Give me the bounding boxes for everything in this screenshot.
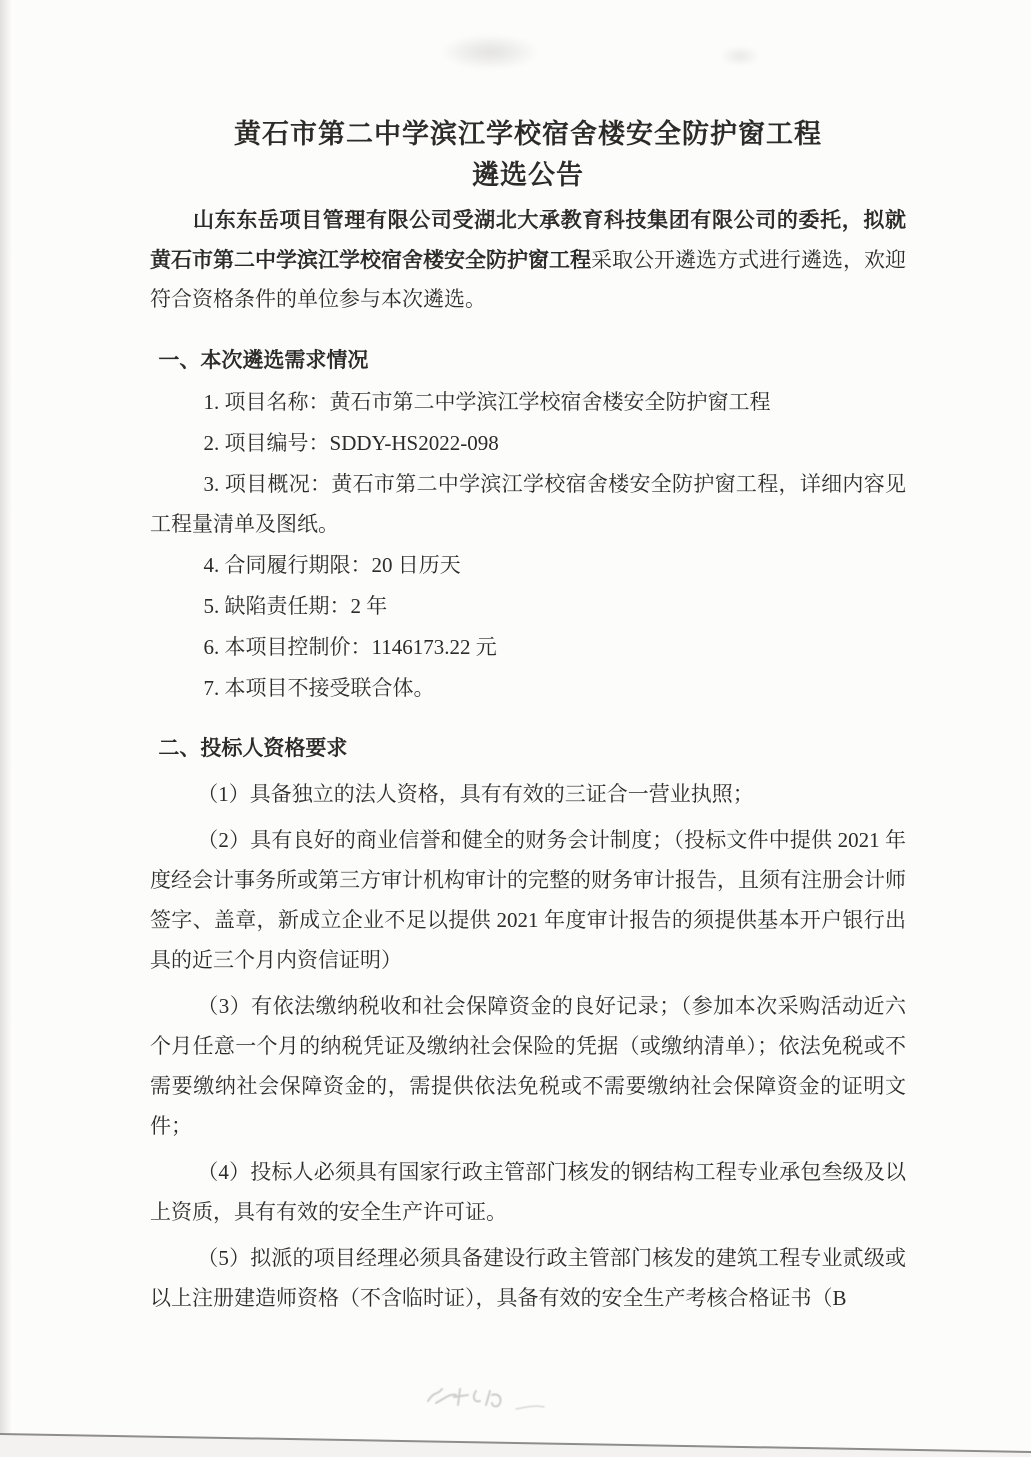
section-1-item-contract-period: 4. 合同履行期限：20 日历天 (150, 545, 906, 585)
section-1-heading: 一、本次遴选需求情况 (150, 340, 906, 380)
section-1-item-project-name: 1. 项目名称：黄石市第二中学滨江学校宿舍楼安全防护窗工程 (150, 382, 906, 422)
title-line-2: 遴选公告 (150, 155, 906, 196)
intro-paragraph: 山东东岳项目管理有限公司受湖北大承教育科技集团有限公司的委托，拟就黄石市第二中学… (150, 201, 906, 320)
document-title: 黄石市第二中学滨江学校宿舍楼安全防护窗工程 遴选公告 (150, 114, 906, 196)
section-1-item-control-price: 6. 本项目控制价：1146173.22 元 (150, 627, 906, 667)
section-2-item-5: （5）拟派的项目经理必须具备建设行政主管部门核发的建筑工程专业贰级或以上注册建造… (150, 1238, 906, 1318)
section-1-item-defect-liability: 5. 缺陷责任期：2 年 (150, 586, 906, 626)
handwriting-smudge (420, 1375, 600, 1419)
title-line-1: 黄石市第二中学滨江学校宿舍楼安全防护窗工程 (150, 114, 906, 155)
scan-smudge-top-right (720, 46, 760, 66)
scan-left-edge-shadow (0, 0, 12, 1457)
document-body: 黄石市第二中学滨江学校宿舍楼安全防护窗工程 遴选公告 山东东岳项目管理有限公司受… (150, 114, 906, 1324)
section-1-item-no-consortium: 7. 本项目不接受联合体。 (150, 668, 906, 708)
scanned-document-page: 黄石市第二中学滨江学校宿舍楼安全防护窗工程 遴选公告 山东东岳项目管理有限公司受… (0, 0, 1031, 1457)
section-2-item-4: （4）投标人必须具有国家行政主管部门核发的钢结构工程专业承包叁级及以上资质，具有… (150, 1152, 906, 1232)
section-1-item-project-number: 2. 项目编号：SDDY-HS2022-098 (150, 423, 906, 463)
section-1-item-project-overview: 3. 项目概况：黄石市第二中学滨江学校宿舍楼安全防护窗工程，详细内容见工程量清单… (150, 464, 906, 544)
section-2-item-1: （1）具备独立的法人资格，具有有效的三证合一营业执照； (150, 774, 906, 814)
section-2-item-2: （2）具有良好的商业信誉和健全的财务会计制度；（投标文件中提供 2021 年度经… (150, 820, 906, 980)
section-2-item-3: （3）有依法缴纳税收和社会保障资金的良好记录；（参加本次采购活动近六个月任意一个… (150, 986, 906, 1146)
section-2-heading: 二、投标人资格要求 (150, 728, 906, 768)
page-bottom-edge-line (0, 1424, 1031, 1457)
scan-smudge-top (440, 34, 540, 70)
